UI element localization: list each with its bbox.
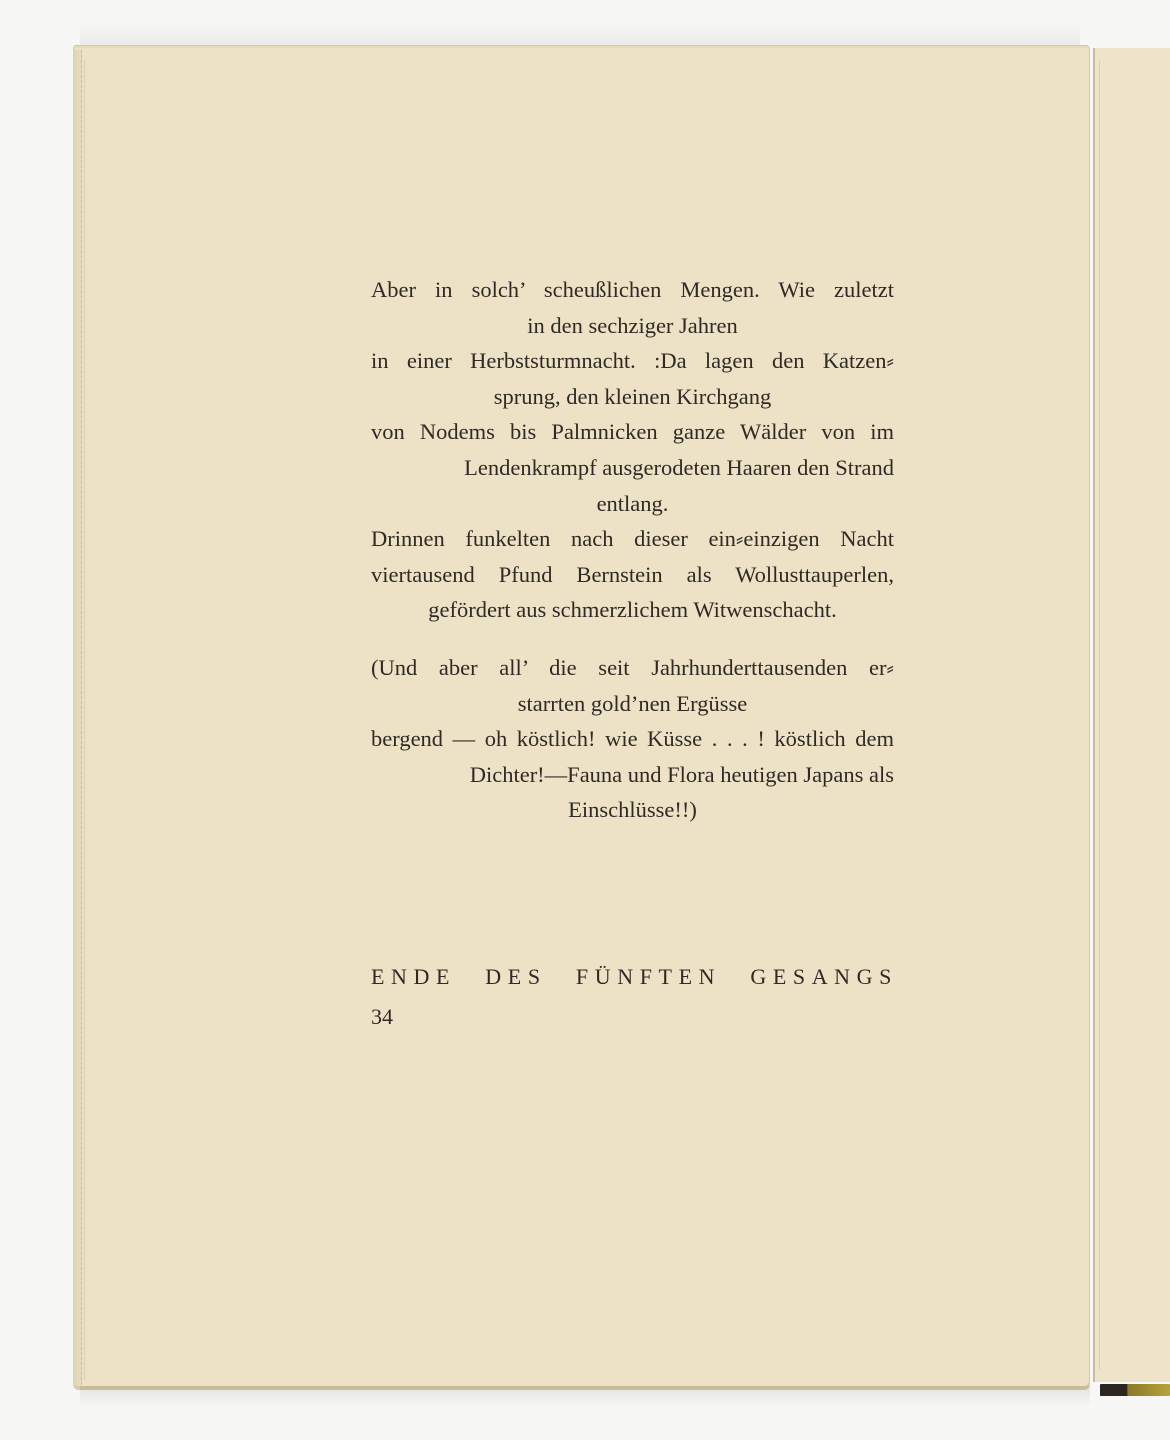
poem-line: gefördert aus schmerzlichem Witwenschach… xyxy=(371,592,894,628)
poem-line: von Nodems bis Palmnicken ganze Wälder v… xyxy=(371,414,894,450)
poem-line: sprung, den kleinen Kirchgang xyxy=(371,379,894,415)
section-end-title: ENDE DES FÜNFTEN GESANGS xyxy=(371,964,898,990)
poem-line: bergend — oh köstlich! wie Küsse . . . !… xyxy=(371,721,894,757)
poem-line: starrten gold’nen Ergüsse xyxy=(371,686,894,722)
page-number: 34 xyxy=(371,1004,393,1030)
facing-page-edge xyxy=(1099,60,1100,1370)
stanza-gap xyxy=(371,628,894,650)
poem-line: in einer Herbststurmnacht. :Da lagen den… xyxy=(371,343,894,379)
poem-line: (Und aber all’ die seit Jahrhunderttause… xyxy=(371,650,894,686)
poem-text: Aber in solch’ scheußlichen Mengen. Wie … xyxy=(371,272,894,828)
page-deckle-edge xyxy=(84,60,85,1380)
poem-line: in den sechziger Jahren xyxy=(371,308,894,344)
stanza-2: (Und aber all’ die seit Jahrhunderttause… xyxy=(371,650,894,828)
poem-line: Einschlüsse!!) xyxy=(371,792,894,828)
page-shadow-bottom xyxy=(80,1386,1090,1408)
spine-binding xyxy=(1100,1384,1170,1396)
poem-line: entlang. xyxy=(371,486,894,522)
poem-line: Drinnen funkelten nach dieser ein⸗einzig… xyxy=(371,521,894,557)
poem-line: Dichter!—Fauna und Flora heutigen Japans… xyxy=(371,757,894,793)
poem-line: Aber in solch’ scheußlichen Mengen. Wie … xyxy=(371,272,894,308)
stanza-1: Aber in solch’ scheußlichen Mengen. Wie … xyxy=(371,272,894,628)
poem-line: Lendenkrampf ausgerodeten Haaren den Str… xyxy=(371,450,894,486)
page-stack-edge xyxy=(73,50,82,1385)
poem-line: viertausend Pfund Bernstein als Wollustt… xyxy=(371,557,894,593)
facing-page xyxy=(1093,48,1170,1382)
